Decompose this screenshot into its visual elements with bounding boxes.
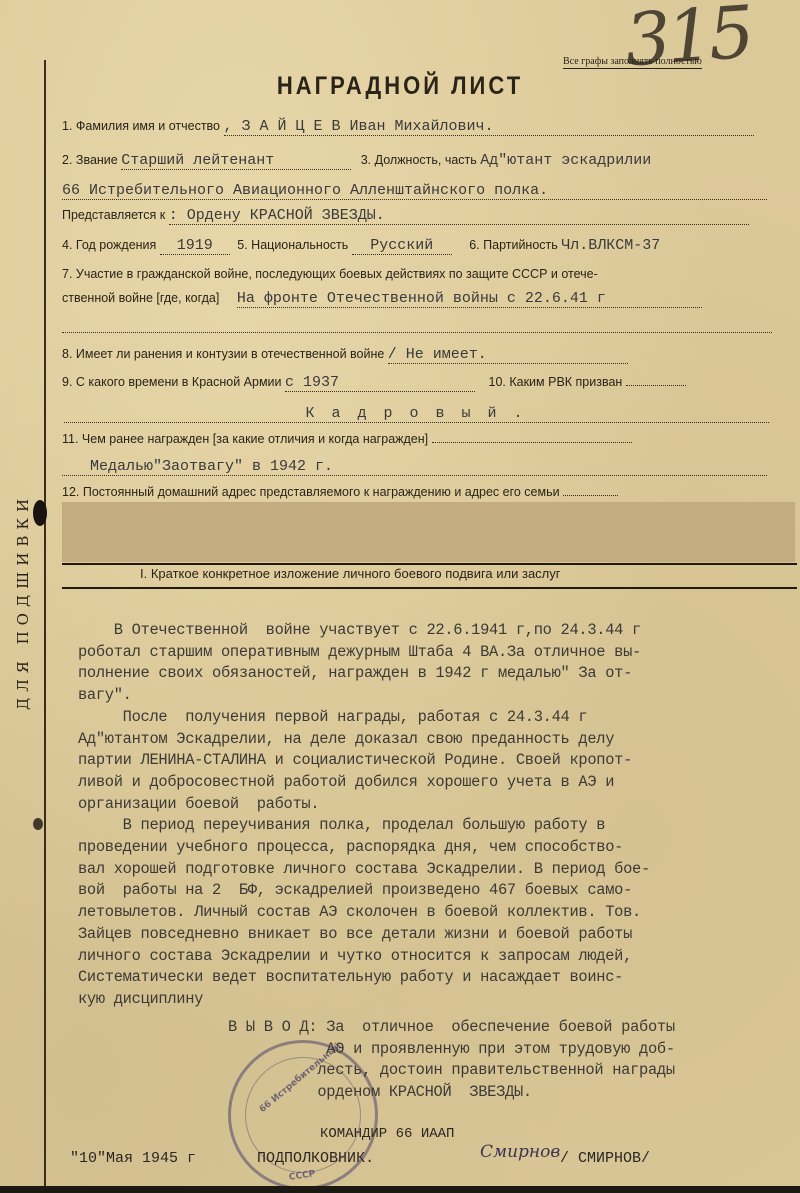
blank-line xyxy=(563,495,618,496)
field-birth-nationality-party: 4. Год рождения 1919 5. Национальность Р… xyxy=(62,237,770,255)
field-unit-continued: 66 Истребительного Авиационного Алленшта… xyxy=(62,182,770,200)
field-label: 4. Год рождения xyxy=(62,238,156,252)
war-participation-value: На фронте Отечественной войны с 22.6.41 … xyxy=(237,290,702,308)
field-army-since: 9. С какого времени в Красной Армии с 19… xyxy=(62,374,770,392)
blank-line xyxy=(432,442,632,443)
handwritten-signature: Смирнов xyxy=(480,1142,560,1162)
birth-year-value: 1919 xyxy=(160,237,230,255)
scan-edge xyxy=(0,1186,800,1193)
section-heading: I. Краткое конкретное изложение личного … xyxy=(140,566,561,581)
field-draft-office-value-row: К а д р о в ы й . xyxy=(62,405,770,423)
commander-name: / СМИРНОВ/ xyxy=(560,1150,650,1167)
commander-rank: ПОДПОЛКОВНИК. xyxy=(257,1150,374,1167)
field-home-address: 12. Постоянный домашний адрес представля… xyxy=(62,485,770,499)
field-nomination: Представляется к : Ордену КРАСНОЙ ЗВЕЗДЫ… xyxy=(62,207,770,225)
unit-value: 66 Истребительного Авиационного Алленшта… xyxy=(62,182,767,200)
field-label: 6. Партийность xyxy=(469,238,558,252)
field-full-name: 1. Фамилия имя и отчество , З А Й Ц Е В … xyxy=(62,118,770,136)
fill-instruction: Все графы заполнять полностью xyxy=(563,56,702,69)
field-label: 5. Национальность xyxy=(237,238,348,252)
signature-line: "10"Мая 1945 г ПОДПОЛКОВНИК. xyxy=(70,1150,374,1167)
field-label: Представляется к xyxy=(62,208,165,222)
field-war-participation: 7. Участие в гражданской войне, последую… xyxy=(62,267,770,281)
field-label: 2. Звание xyxy=(62,153,118,167)
field-label: 3. Должность, часть xyxy=(361,153,477,167)
field-label: 8. Имеет ли ранения и контузии в отечест… xyxy=(62,347,384,361)
blank-line xyxy=(626,385,686,386)
punch-hole-icon xyxy=(33,500,47,526)
document-date: "10"Мая 1945 г xyxy=(70,1150,196,1167)
field-previous-awards-value-row: Медалью"Заотвагу" в 1942 г. xyxy=(62,458,770,476)
field-previous-awards: 11. Чем ранее награжден [за какие отличи… xyxy=(62,432,770,446)
field-wounds: 8. Имеет ли ранения и контузии в отечест… xyxy=(62,346,770,364)
field-label: 1. Фамилия имя и отчество xyxy=(62,119,220,133)
draft-office-value: К а д р о в ы й . xyxy=(64,405,769,423)
field-label: 11. Чем ранее награжден [за какие отличи… xyxy=(62,432,428,446)
field-label: 9. С какого времени в Красной Армии xyxy=(62,375,282,389)
nomination-value: : Ордену КРАСНОЙ ЗВЕЗДЫ. xyxy=(169,207,749,225)
previous-awards-value: Медалью"Заотвагу" в 1942 г. xyxy=(62,458,767,476)
field-rank-position: 2. Звание Старший лейтенант 3. Должность… xyxy=(62,152,770,170)
army-since-value: с 1937 xyxy=(285,374,475,392)
field-label: 10. Каким РВК призван xyxy=(489,375,623,389)
wounds-value: / Не имеет. xyxy=(388,346,628,364)
binding-label: ДЛЯ ПОДШИВКИ xyxy=(14,493,32,710)
party-value: Чл.ВЛКСМ-37 xyxy=(561,237,660,254)
stamp-text: СССР xyxy=(288,1169,316,1183)
commander-title: КОМАНДИР 66 ИААП xyxy=(320,1126,454,1142)
full-name-value: , З А Й Ц Е В Иван Михайлович. xyxy=(224,118,754,136)
field-label: 7. Участие в гражданской войне, последую… xyxy=(62,267,598,281)
section-divider xyxy=(62,563,797,565)
merit-description: В Отечественной войне участвует с 22.6.1… xyxy=(78,620,788,1011)
field-label: 12. Постоянный домашний адрес представля… xyxy=(62,485,560,499)
position-value: Ад"ютант эскадрилии xyxy=(480,152,651,169)
punch-hole-icon xyxy=(33,818,43,830)
document-title: НАГРАДНОЙ ЛИСТ xyxy=(0,71,800,101)
redacted-address-block xyxy=(62,502,795,562)
rank-value: Старший лейтенант xyxy=(121,152,351,170)
binding-margin-line xyxy=(44,60,46,1193)
conclusion-text: В Ы В О Д: За отличное обеспечение боево… xyxy=(228,1017,798,1103)
blank-line xyxy=(62,332,772,333)
field-war-participation-line2: ственной войне [где, когда] На фронте От… xyxy=(62,290,770,308)
archive-number: 315 xyxy=(622,0,753,82)
nationality-value: Русский xyxy=(352,237,452,255)
field-label: ственной войне [где, когда] xyxy=(62,291,219,305)
section-divider xyxy=(62,587,797,589)
